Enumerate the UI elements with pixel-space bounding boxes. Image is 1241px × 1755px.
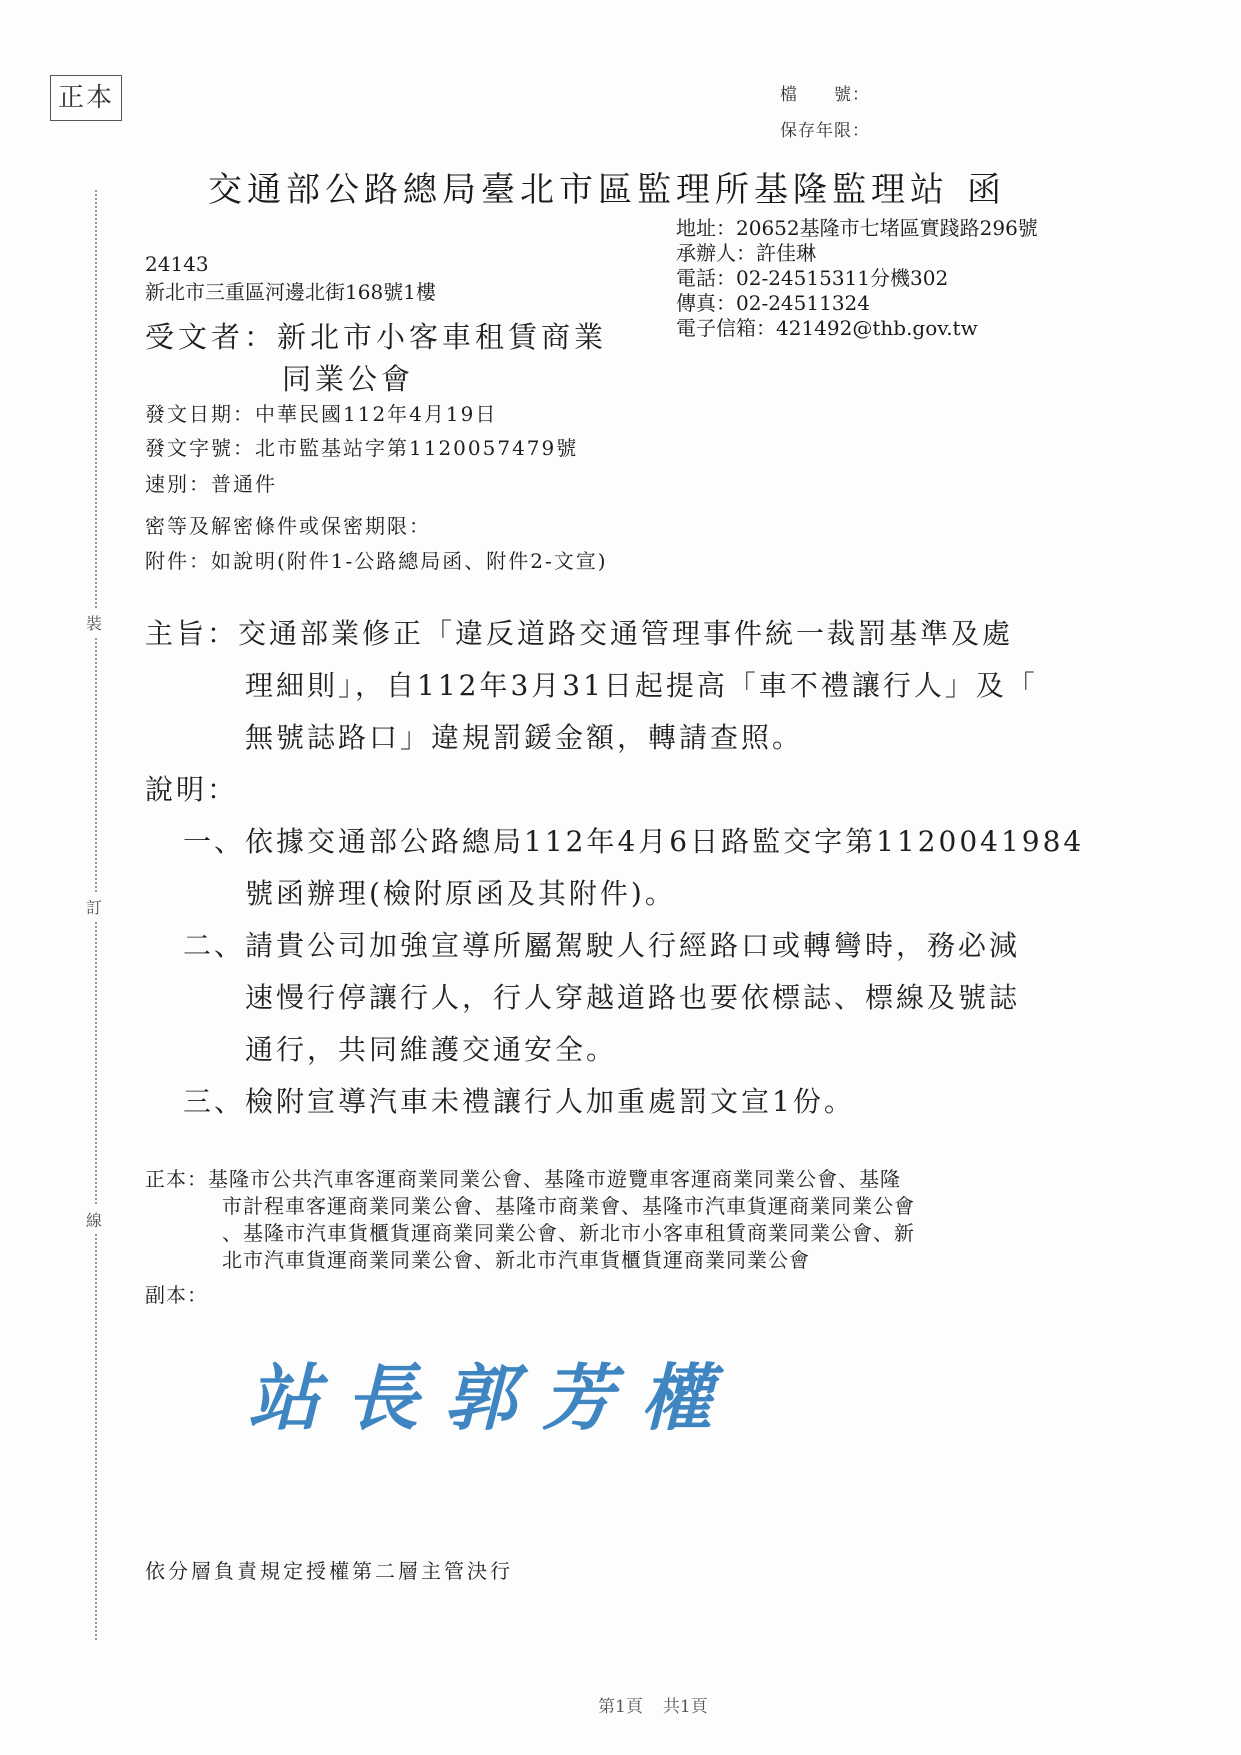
page-number: 第1頁共1頁 [598, 1692, 708, 1717]
recipient-line-1: 受文者：新北市小客車租賃商業 [145, 316, 607, 358]
handler-name: 承辦人：許佳琳 [676, 241, 1038, 266]
fax-number: 傳真：02-24511324 [676, 291, 1038, 316]
page-current: 第1頁 [598, 1697, 643, 1717]
sender-contact-block: 地址：20652基隆市七堵區實踐路296號 承辦人：許佳琳 電話：02-2451… [676, 216, 1038, 341]
explanation-item-2: 速慢行停讓行人，行人穿越道路也要依標誌、標線及號誌 [245, 976, 1020, 1016]
priority: 速別：普通件 [145, 468, 277, 497]
subject-line: 理細則」，自112年3月31日起提高「車不禮讓行人」及「 [245, 664, 1038, 704]
distribution-list: 正本：基隆市公共汽車客運商業同業公會、基隆市遊覽車客運商業同業公會、基隆 市計程… [145, 1166, 915, 1309]
classification: 密等及解密條件或保密期限： [145, 510, 431, 539]
recipient: 受文者：新北市小客車租賃商業 同業公會 [145, 316, 607, 400]
postal-code: 24143 [145, 250, 436, 278]
explanation-item-1: 號函辦理(檢附原函及其附件)。 [245, 872, 676, 912]
binding-mark-ding: 訂 [86, 892, 102, 921]
page-total: 共1頁 [663, 1697, 708, 1717]
sender-address: 地址：20652基隆市七堵區實踐路296號 [676, 216, 1038, 241]
issue-date: 發文日期：中華民國112年4月19日 [145, 398, 497, 427]
recipient-address: 新北市三重區河邊北街168號1樓 [145, 278, 436, 306]
explanation-heading: 說明： [145, 768, 238, 808]
binding-mark-xian: 線 [86, 1205, 102, 1234]
recipient-postal-block: 24143 新北市三重區河邊北街168號1樓 [145, 250, 436, 306]
attachments: 附件：如說明(附件1-公路總局函、附件2-文宣) [145, 545, 608, 574]
document-type: 函 [967, 170, 1006, 210]
email-address: 電子信箱：421492@thb.gov.tw [676, 316, 1038, 341]
document-title: 交通部公路總局臺北市區監理所基隆監理站函 [208, 162, 1006, 211]
explanation-item-3: 三、檢附宣導汽車未禮讓行人加重處罰文宣1份。 [183, 1080, 855, 1120]
retention-period-label: 保存年限： [780, 116, 870, 141]
explanation-item-1: 一、依據交通部公路總局112年4月6日路監交字第1120041984 [183, 820, 1084, 860]
original-recipients-line: 正本：基隆市公共汽車客運商業同業公會、基隆市遊覽車客運商業同業公會、基隆 [145, 1166, 915, 1193]
delegation-note: 依分層負責規定授權第二層主管決行 [145, 1555, 513, 1584]
original-recipients-line: 北市汽車貨運商業同業公會、新北市汽車貨櫃貨運商業同業公會 [145, 1247, 915, 1274]
recipient-line-2: 同業公會 [145, 358, 607, 400]
original-recipients-line: 、基隆市汽車貨櫃貨運商業同業公會、新北市小客車租賃商業同業公會、新 [145, 1220, 915, 1247]
document-number: 發文字號：北市監基站字第1120057479號 [145, 432, 578, 461]
subject-line: 無號誌路口」違規罰鍰金額，轉請查照。 [245, 716, 803, 756]
explanation-item-2: 二、請貴公司加強宣導所屬駕駛人行經路口或轉彎時，務必減 [183, 924, 1020, 964]
signature-stamp: 站長郭芳權 [248, 1340, 738, 1444]
subject-line: 主旨：交通部業修正「違反道路交通管理事件統一裁罰基準及處 [145, 612, 1013, 652]
explanation-item-2: 通行，共同維護交通安全。 [245, 1028, 617, 1068]
binding-mark-zhuang: 裝 [86, 608, 102, 637]
phone-number: 電話：02-24515311分機302 [676, 266, 1038, 291]
file-number-label: 檔 號： [780, 80, 870, 105]
issuing-agency: 交通部公路總局臺北市區監理所基隆監理站 [208, 170, 949, 210]
copy-type-stamp: 正本 [50, 75, 122, 121]
original-recipients-line: 市計程車客運商業同業公會、基隆市商業會、基隆市汽車貨運商業同業公會 [145, 1193, 915, 1220]
copy-recipients-label: 副本： [145, 1282, 915, 1309]
